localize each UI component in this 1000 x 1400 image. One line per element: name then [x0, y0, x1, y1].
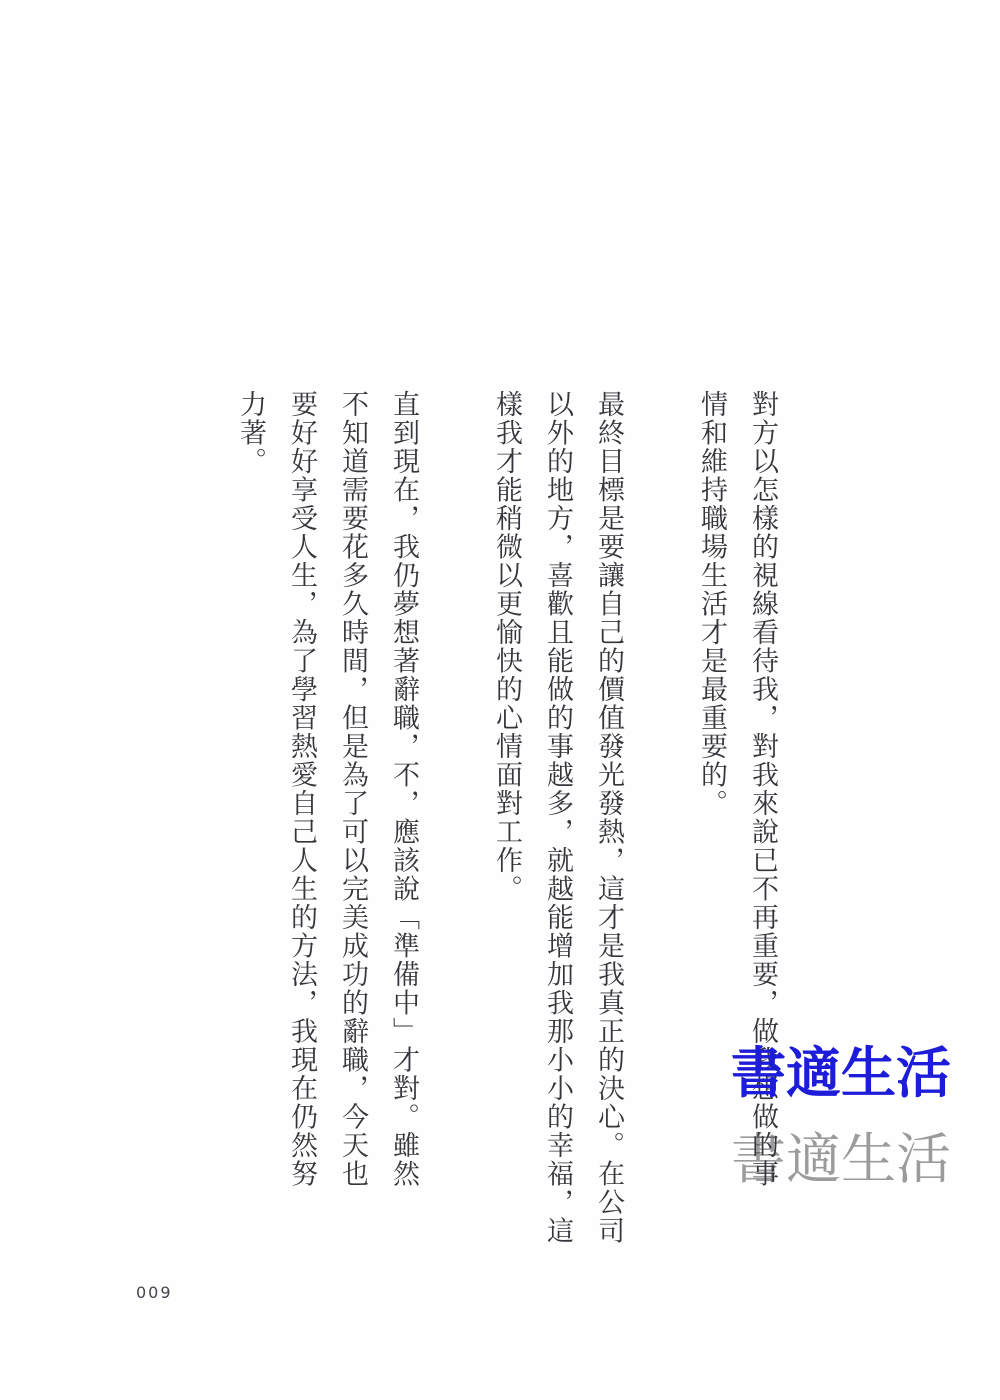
text-column: 直到現在，我仍夢想著辭職，不，應該說「準備中」才對。雖然 — [378, 390, 429, 1252]
text-column: 對方以怎樣的視線看待我，對我來說已不再重要，做我想做的事 — [737, 390, 788, 1252]
text-column: 樣我才能稍微以更愉快的心情面對工作。 — [481, 390, 532, 1252]
paragraph: 對方以怎樣的視線看待我，對我來說已不再重要，做我想做的事情和維持職場生活才是最重… — [686, 390, 788, 1252]
vertical-text-block: 對方以怎樣的視線看待我，對我來說已不再重要，做我想做的事情和維持職場生活才是最重… — [225, 390, 788, 1252]
paragraph: 最終目標是要讓自己的價值發光發熱，這才是我真正的決心。在公司以外的地方，喜歡且能… — [481, 390, 634, 1252]
watermark-blue: 書適生活 — [731, 1046, 951, 1101]
text-column: 最終目標是要讓自己的價值發光發熱，這才是我真正的決心。在公司 — [583, 390, 634, 1252]
text-column: 以外的地方，喜歡且能做的事越多，就越能增加我那小小的幸福，這 — [532, 390, 583, 1252]
text-column: 情和維持職場生活才是最重要的。 — [686, 390, 737, 1252]
paragraph: 直到現在，我仍夢想著辭職，不，應該說「準備中」才對。雖然不知道需要花多久時間，但… — [225, 390, 429, 1252]
text-column: 要好好享受人生，為了學習熱愛自己人生的方法，我現在仍然努 — [276, 390, 327, 1252]
book-page: 書適生活 對方以怎樣的視線看待我，對我來說已不再重要，做我想做的事情和維持職場生… — [0, 0, 1000, 1400]
text-column: 不知道需要花多久時間，但是為了可以完美成功的辭職，今天也 — [327, 390, 378, 1252]
text-column: 力著。 — [225, 390, 276, 1252]
page-number: 009 — [136, 1283, 173, 1302]
